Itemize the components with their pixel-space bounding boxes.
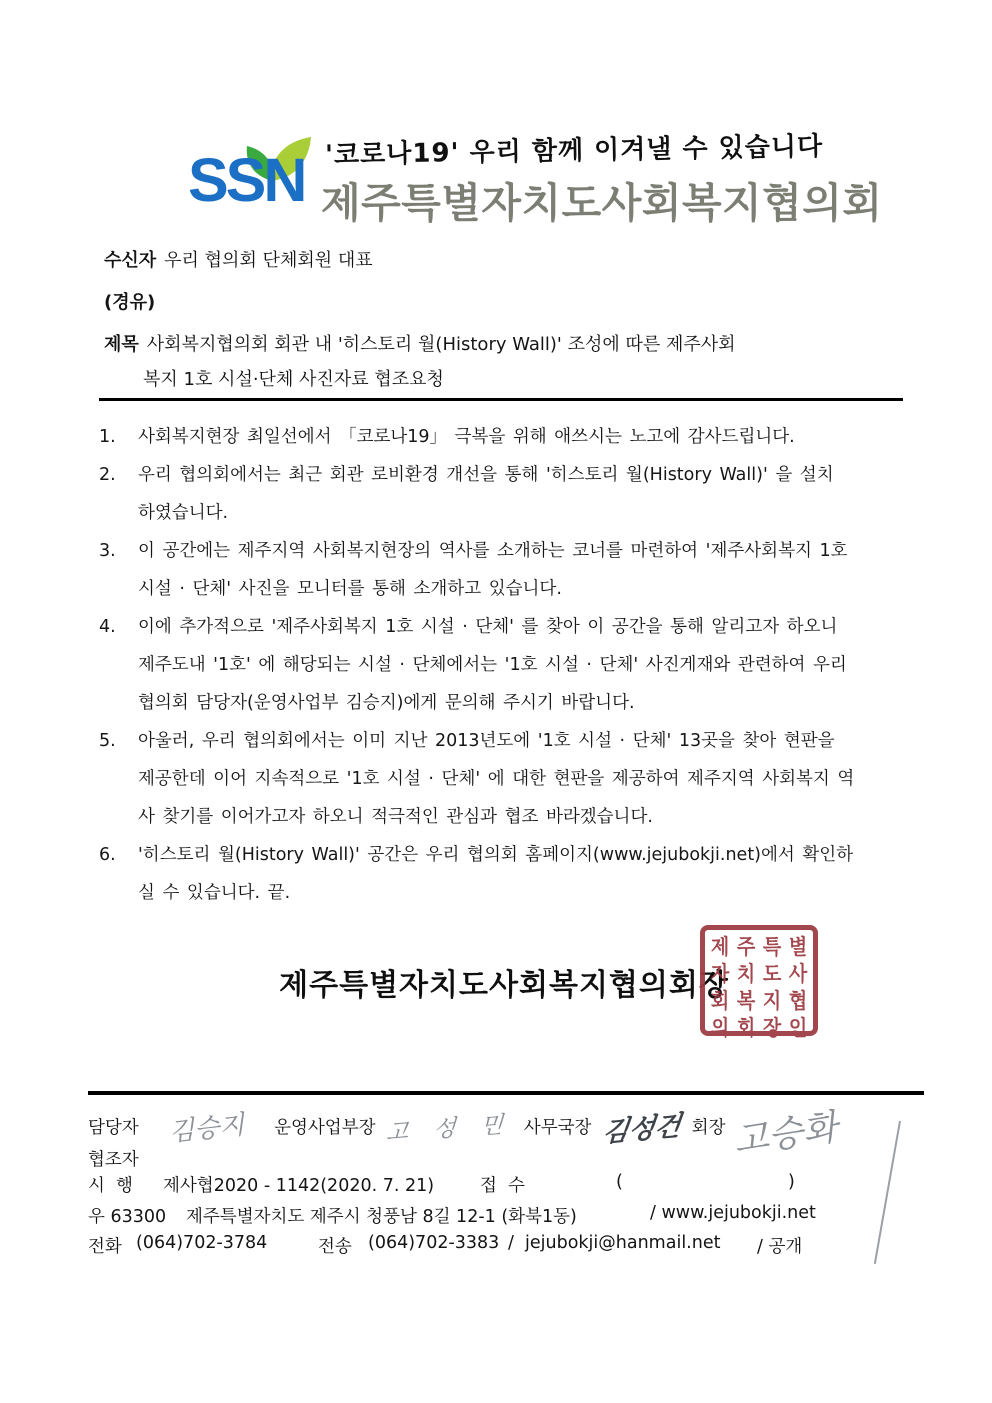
- seal-char: 지: [759, 984, 785, 1014]
- subject-line1: 사회복지협의회 회관 내 '히스토리 월(History Wall)' 조성에 …: [147, 334, 736, 355]
- body-line: 아울러, 우리 협의회에서는 이미 지난 2013년도에 '1호 시설 · 단체…: [138, 722, 915, 760]
- execution-row: 시 행 제사협2020 - 1142(2020. 7. 21) 접 수 ( ): [88, 1172, 968, 1198]
- disclosure-label: / 공개: [757, 1233, 802, 1258]
- officer-label: 담당자: [88, 1114, 139, 1139]
- ssn-logo-text: SSN: [188, 150, 304, 211]
- officer-label: 사무국장: [524, 1114, 592, 1139]
- body-line: 제공한데 이어 지속적으로 '1호 시설 · 단체' 에 대한 현판을 제공하여…: [138, 760, 915, 798]
- item-number: 2.: [99, 456, 138, 532]
- list-item: 1. 사회복지현장 최일선에서 「코로나19」 극복을 위해 애쓰시는 노고에 …: [99, 418, 915, 456]
- official-seal-stamp: 제 주 특 별 자 치 도 사 회 복 지 협 의 회 장 인: [700, 925, 818, 1036]
- address-value: 제주특별자치도 제주시 청풍남 8길 12-1 (화북1동): [186, 1203, 577, 1228]
- recipient-label: 수신자: [104, 250, 156, 271]
- tel-value: (064)702-3784: [136, 1233, 267, 1253]
- seal-char: 주: [733, 930, 759, 960]
- recipient-row: 수신자우리 협의회 단체회원 대표: [104, 246, 373, 272]
- via-label: (경유): [104, 288, 155, 314]
- seal-char: 의: [707, 1011, 733, 1041]
- seal-char: 회: [707, 984, 733, 1014]
- handwritten-signature: 김성건: [601, 1103, 684, 1149]
- list-item: 5. 아울러, 우리 협의회에서는 이미 지난 2013년도에 '1호 시설 ·…: [99, 722, 915, 836]
- body-line: 우리 협의회에서는 최근 회관 로비환경 개선을 통해 '히스토리 월(Hist…: [138, 456, 915, 494]
- officer-label: 회장: [692, 1114, 726, 1139]
- list-item: 4. 이에 추가적으로 '제주사회복지 1호 시설 · 단체' 를 찾아 이 공…: [99, 608, 915, 722]
- body-line: 이에 추가적으로 '제주사회복지 1호 시설 · 단체' 를 찾아 이 공간을 …: [138, 608, 915, 646]
- website-value: / www.jejubokji.net: [650, 1203, 816, 1223]
- body-line: 사회복지현장 최일선에서 「코로나19」 극복을 위해 애쓰시는 노고에 감사드…: [138, 418, 915, 456]
- subject-label: 제목: [104, 334, 139, 355]
- seal-char: 협: [785, 984, 811, 1014]
- seal-char: 회: [733, 1011, 759, 1041]
- handwritten-signature: 김승지: [167, 1104, 246, 1149]
- seal-char: 복: [733, 984, 759, 1014]
- approval-line: 담당자 김승지 운영사업부장 고 성 민 사무국장 김성건 회장 고승화: [88, 1103, 968, 1149]
- subject-row: 제목사회복지협의회 회관 내 '히스토리 월(History Wall)' 조성…: [104, 330, 736, 356]
- org-name: 제주특별자치도사회복지협의회: [321, 170, 882, 229]
- handwritten-signature: 고 성 민: [385, 1105, 513, 1147]
- item-number: 3.: [99, 532, 138, 608]
- receipt-label: 접 수: [480, 1172, 525, 1197]
- seal-char: 장: [759, 1011, 785, 1041]
- exec-label: 시 행: [88, 1172, 133, 1197]
- cooperator-label: 협조자: [88, 1146, 139, 1171]
- tel-label: 전화: [88, 1233, 122, 1258]
- title-underline: [99, 398, 903, 401]
- recipient-value: 우리 협의회 단체회원 대표: [164, 250, 372, 271]
- seal-char: 별: [785, 930, 811, 960]
- body-line: 하였습니다.: [138, 494, 915, 532]
- seal-char: 도: [759, 957, 785, 987]
- body-line: 시설 · 단체' 사진을 모니터를 통해 소개하고 있습니다.: [138, 570, 915, 608]
- body-line: 사 찾기를 이어가고자 하오니 적극적인 관심과 협조 바라겠습니다.: [138, 798, 915, 836]
- issuer-title: 제주특별자치도사회복지협의회장: [0, 960, 992, 1004]
- seal-char: 인: [785, 1011, 811, 1041]
- org-logo-block: SSN '코로나19' 우리 함께 이겨낼 수 있습니다 제주특별자치도사회복지…: [188, 134, 888, 236]
- body-line: 이 공간에는 제주지역 사회복지현장의 역사를 소개하는 코너를 마련하여 '제…: [138, 532, 915, 570]
- address-row: 우 63300 제주특별자치도 제주시 청풍남 8길 12-1 (화북1동) /…: [88, 1203, 968, 1229]
- exec-number: 제사협2020 - 1142(2020. 7. 21): [163, 1172, 434, 1197]
- email-value: / jejubokji@hanmail.net: [508, 1233, 720, 1253]
- officer-label: 운영사업부장: [274, 1114, 375, 1139]
- zip-label: 우 63300: [88, 1203, 166, 1228]
- fax-value: (064)702-3383: [368, 1233, 499, 1253]
- body-line: '히스토리 월(History Wall)' 공간은 우리 협의회 홈페이지(w…: [138, 836, 915, 874]
- body-paragraphs: 1. 사회복지현장 최일선에서 「코로나19」 극복을 위해 애쓰시는 노고에 …: [99, 418, 915, 912]
- covid-slogan: '코로나19' 우리 함께 이겨낼 수 있습니다: [325, 126, 824, 172]
- receipt-paren-close: ): [788, 1172, 795, 1192]
- seal-char: 제: [707, 930, 733, 960]
- seal-char: 사: [785, 957, 811, 987]
- body-line: 실 수 있습니다. 끝.: [138, 874, 915, 912]
- item-number: 4.: [99, 608, 138, 722]
- body-line: 협의회 담당자(운영사업부 김승지)에게 문의해 주시기 바랍니다.: [138, 684, 915, 722]
- list-item: 6. '히스토리 월(History Wall)' 공간은 우리 협의회 홈페이…: [99, 836, 915, 912]
- list-item: 3. 이 공간에는 제주지역 사회복지현장의 역사를 소개하는 코너를 마련하여…: [99, 532, 915, 608]
- receipt-paren-open: (: [616, 1172, 623, 1192]
- item-number: 6.: [99, 836, 138, 912]
- item-number: 5.: [99, 722, 138, 836]
- seal-char: 치: [733, 957, 759, 987]
- seal-char: 자: [707, 957, 733, 987]
- body-line: 제주도내 '1호' 에 해당되는 시설 · 단체에서는 '1호 시설 · 단체'…: [138, 646, 915, 684]
- list-item: 2. 우리 협의회에서는 최근 회관 로비환경 개선을 통해 '히스토리 월(H…: [99, 456, 915, 532]
- handwritten-signature: 고승화: [730, 1098, 840, 1163]
- document-page: SSN '코로나19' 우리 함께 이겨낼 수 있습니다 제주특별자치도사회복지…: [0, 0, 992, 1403]
- item-number: 1.: [99, 418, 138, 456]
- seal-char: 특: [759, 930, 785, 960]
- fax-label: 전송: [318, 1233, 352, 1258]
- footer-rule: [88, 1091, 924, 1095]
- contact-row: 전화 (064)702-3784 전송 (064)702-3383 / jeju…: [88, 1233, 968, 1259]
- subject-line2: 복지 1호 시설·단체 사진자료 협조요청: [143, 365, 444, 391]
